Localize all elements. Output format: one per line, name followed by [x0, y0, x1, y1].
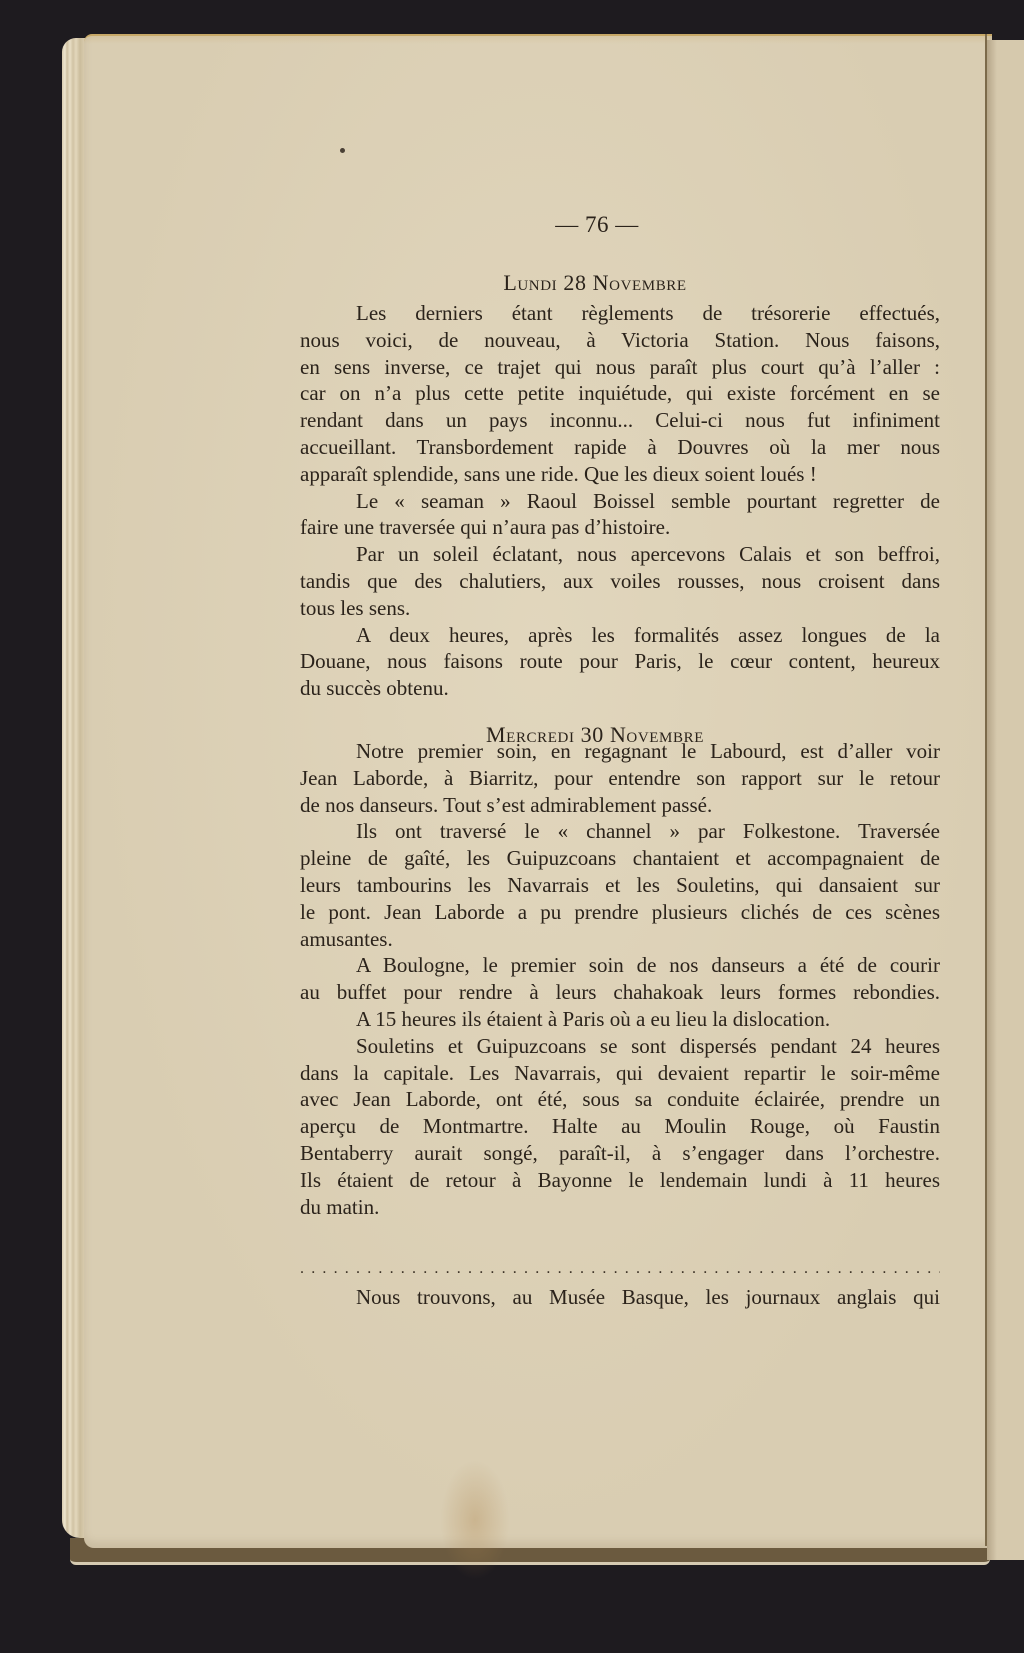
- paragraph: A deux heures, après les formalités asse…: [300, 622, 940, 702]
- text-line: Le « seaman » Raoul Boissel semble pourt…: [300, 488, 940, 515]
- text-line: Par un soleil éclatant, nous apercevons …: [300, 541, 940, 568]
- text-line: apparaît splendide, sans une ride. Que l…: [300, 461, 940, 488]
- text-line: Bentaberry aurait songé, paraît-il, à s’…: [300, 1140, 940, 1167]
- paragraph: Nous trouvons, au Musée Basque, les jour…: [300, 1284, 940, 1311]
- text-line: au buffet pour rendre à leurs chahakoak …: [300, 979, 940, 1006]
- text-line: Ils ont traversé le « channel » par Folk…: [300, 818, 940, 845]
- text-line: A 15 heures ils étaient à Paris où a eu …: [300, 1006, 940, 1033]
- text-line: de nos danseurs. Tout s’est admirablemen…: [300, 792, 940, 819]
- paragraph: A 15 heures ils étaient à Paris où a eu …: [300, 1006, 940, 1033]
- text-line: rendant dans un pays inconnu... Celui-ci…: [300, 407, 940, 434]
- paragraph: Notre premier soin, en regagnant le Labo…: [300, 738, 940, 818]
- text-line: Ils étaient de retour à Bayonne le lende…: [300, 1167, 940, 1194]
- text-line: aperçu de Montmartre. Halte au Moulin Ro…: [300, 1113, 940, 1140]
- text-line: Douane, nous faisons route pour Paris, l…: [300, 648, 940, 675]
- text-line: Nous trouvons, au Musée Basque, les jour…: [300, 1284, 940, 1311]
- text-line: Notre premier soin, en regagnant le Labo…: [300, 738, 940, 765]
- paragraph: Souletins et Guipuzcoans se sont dispers…: [300, 1033, 940, 1221]
- facing-page-edge: [987, 40, 1024, 1560]
- text-line: nous voici, de nouveau, à Victoria Stati…: [300, 327, 940, 354]
- paragraph: Ils ont traversé le « channel » par Folk…: [300, 818, 940, 952]
- text-line: Les derniers étant règlements de trésore…: [300, 300, 940, 327]
- text-line: Souletins et Guipuzcoans se sont dispers…: [300, 1033, 940, 1060]
- paragraph: Les derniers étant règlements de trésore…: [300, 300, 940, 488]
- text-line: faire une traversée qui n’aura pas d’his…: [300, 514, 940, 541]
- text-line: tous les sens.: [300, 595, 940, 622]
- text-line: le pont. Jean Laborde a pu prendre plusi…: [300, 899, 940, 926]
- page-gutter: [985, 34, 987, 1546]
- text-line: tandis que des chalutiers, aux voiles ro…: [300, 568, 940, 595]
- text-line: pleine de gaîté, les Guipuzcoans chantai…: [300, 845, 940, 872]
- text-line: car on n’a plus cette petite inquiétude,…: [300, 380, 940, 407]
- text-line: A deux heures, après les formalités asse…: [300, 622, 940, 649]
- text-line: avec Jean Laborde, ont été, sous sa cond…: [300, 1086, 940, 1113]
- page-number: — 76 —: [277, 212, 917, 238]
- paragraph: Le « seaman » Raoul Boissel semble pourt…: [300, 488, 940, 542]
- text-line: en sens inverse, ce trajet qui nous para…: [300, 354, 940, 381]
- paragraph: A Boulogne, le premier soin de nos danse…: [300, 952, 940, 1006]
- text-line: dans la capitale. Les Navarrais, qui dev…: [300, 1060, 940, 1087]
- section-heading-lundi: Lundi 28 Novembre: [275, 270, 915, 296]
- text-line: leurs tambourins les Navarrais et les So…: [300, 872, 940, 899]
- paper-stain: [440, 1460, 510, 1580]
- text-line: du matin.: [300, 1194, 940, 1221]
- speck: [340, 148, 345, 153]
- dotted-separator: ........................................…: [300, 1260, 940, 1278]
- text-line: du succès obtenu.: [300, 675, 940, 702]
- text-line: A Boulogne, le premier soin de nos danse…: [300, 952, 940, 979]
- text-line: Jean Laborde, à Biarritz, pour entendre …: [300, 765, 940, 792]
- text-line: accueillant. Transbordement rapide à Dou…: [300, 434, 940, 461]
- text-line: amusantes.: [300, 926, 940, 953]
- paragraph: Par un soleil éclatant, nous apercevons …: [300, 541, 940, 621]
